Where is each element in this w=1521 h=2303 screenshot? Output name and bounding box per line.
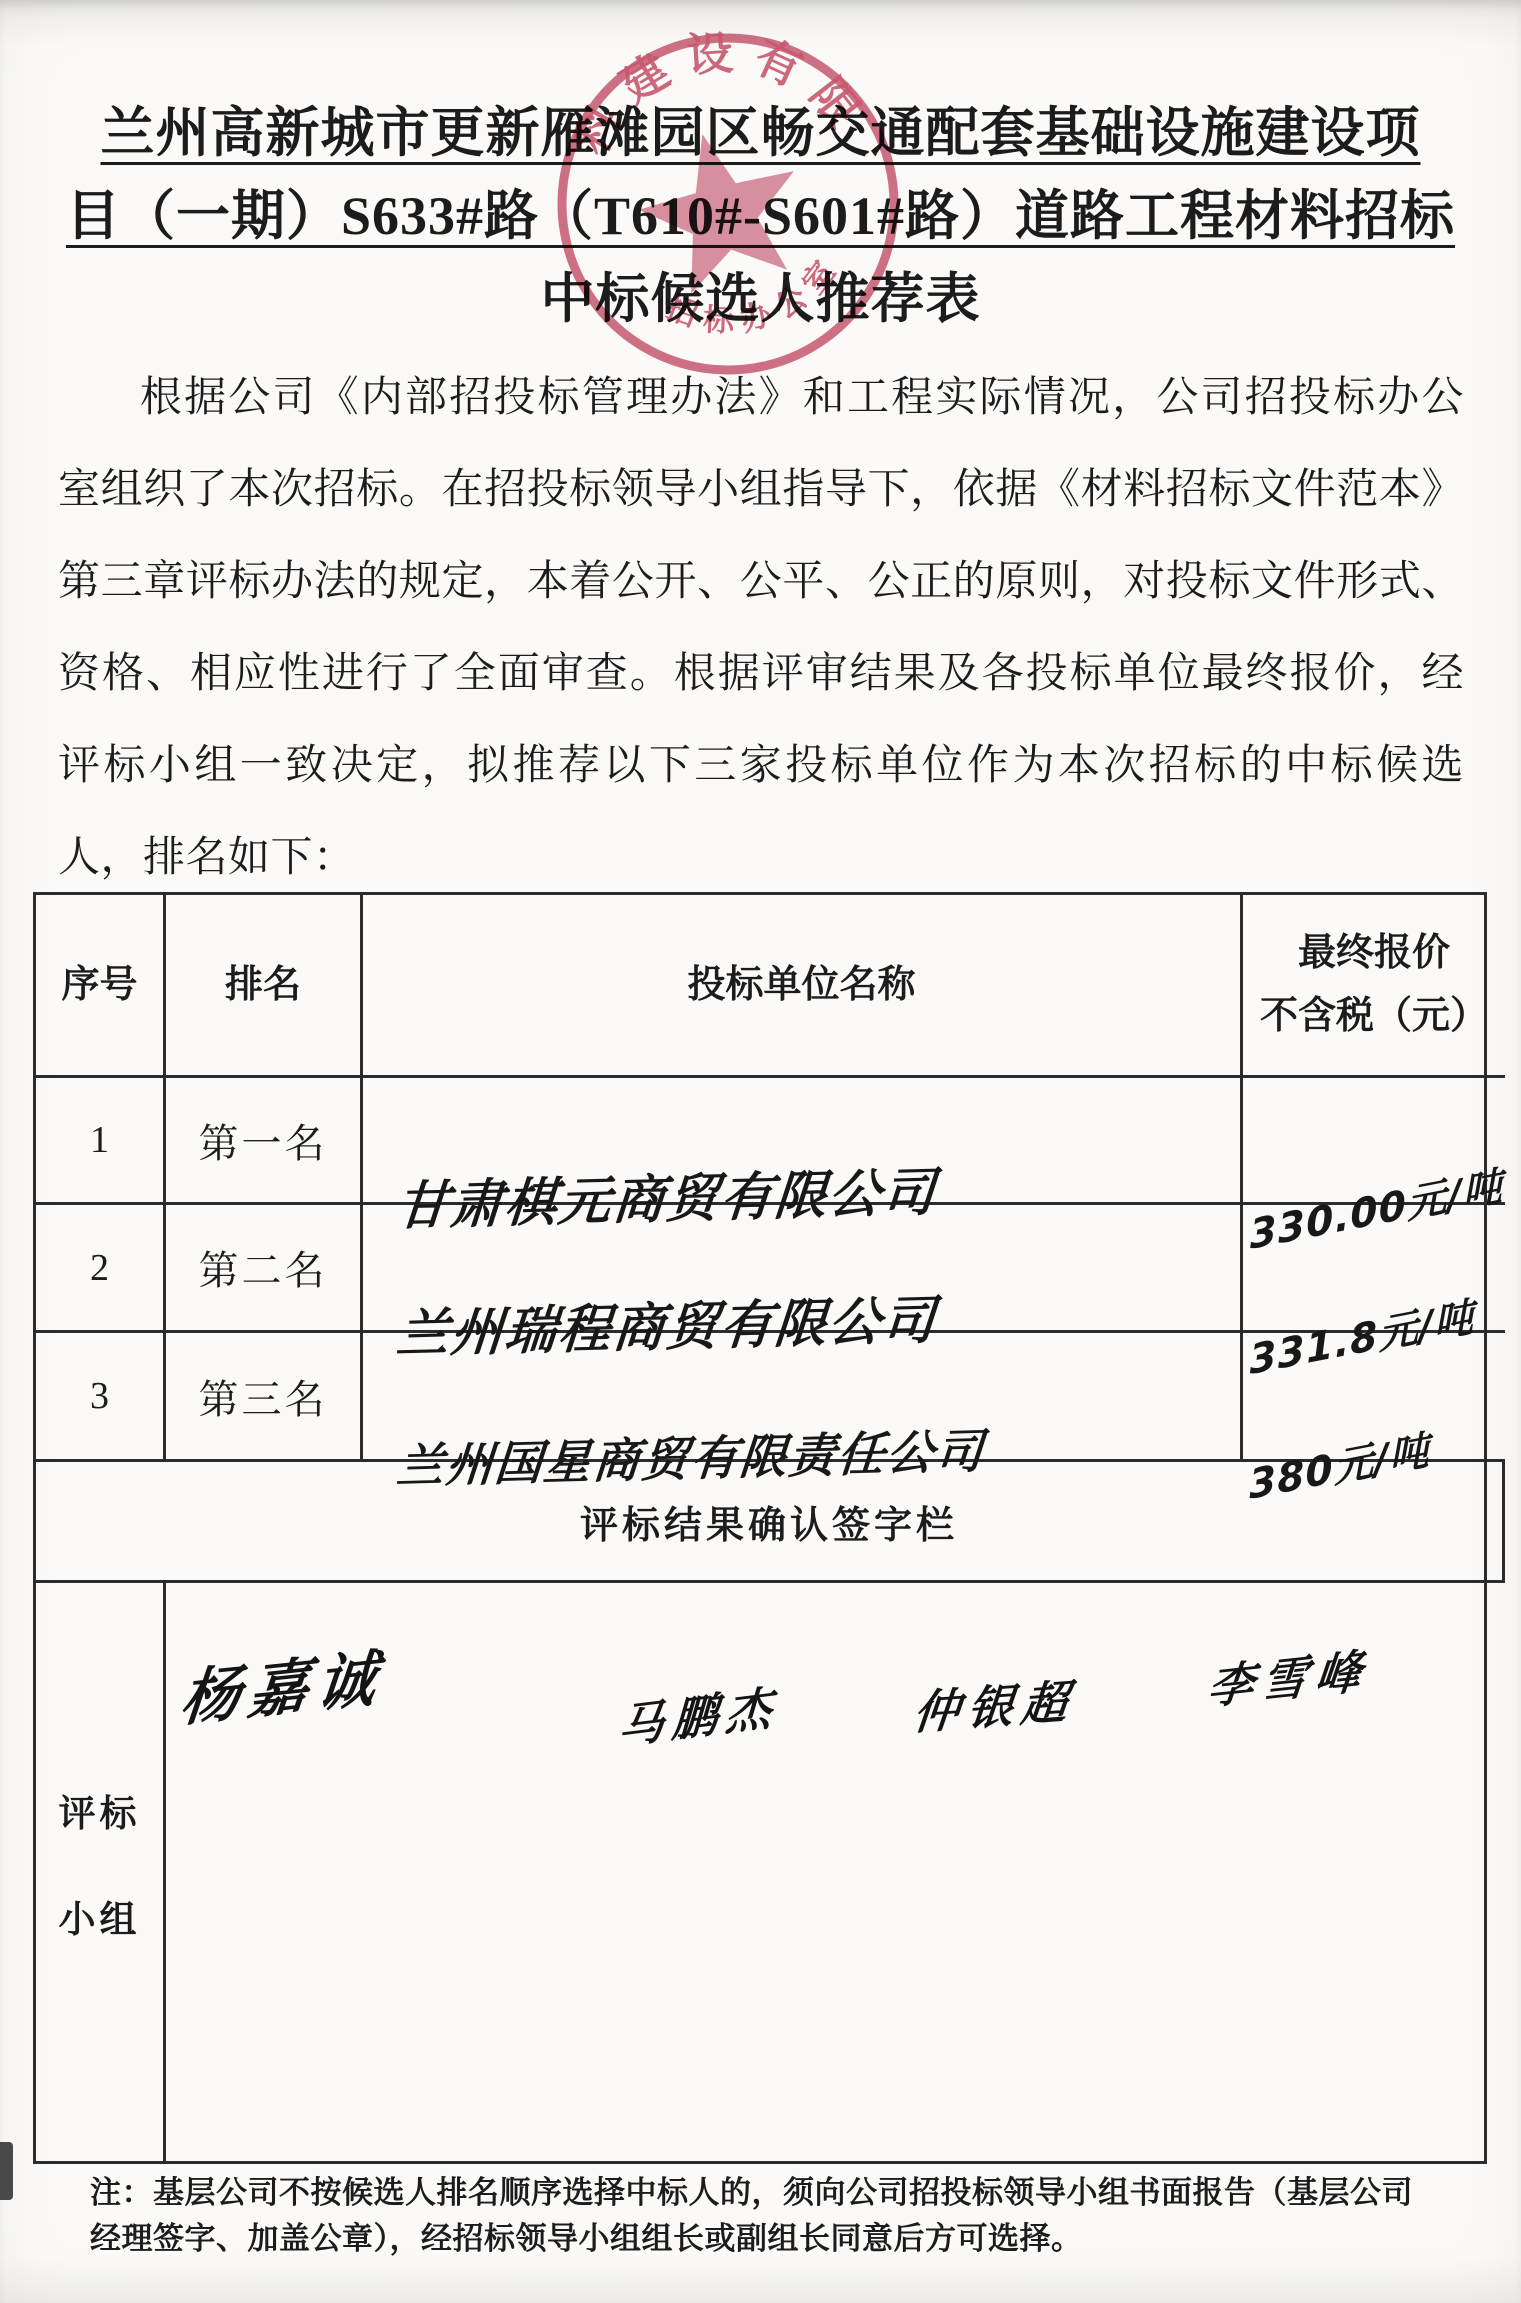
company-handwriting: 兰州瑞程商贸有限公司 bbox=[394, 1278, 940, 1367]
paragraph-line: 根据公司《内部招投标管理办法》和工程实际情况，公司招投标办公 bbox=[58, 352, 1464, 444]
paragraph-line: 第三章评标办法的规定，本着公开、公平、公正的原则，对投标文件形式、 bbox=[58, 536, 1464, 628]
title-line-1: 兰州高新城市更新雁滩园区畅交通配套基础设施建设项 bbox=[30, 92, 1491, 175]
table-row-1-company: 甘肃棋元商贸有限公司 bbox=[363, 1078, 1243, 1205]
document-title: 兰州高新城市更新雁滩园区畅交通配套基础设施建设项 目（一期）S633#路（T61… bbox=[30, 92, 1491, 341]
header-price-line-2: 不含税（元） bbox=[1260, 985, 1488, 1048]
footer-note: 注：基层公司不按候选人排名顺序选择中标人的，须向公司招投标领导小组书面报告（基层… bbox=[90, 2170, 1490, 2262]
signature-handwriting: 李雪峰 bbox=[1205, 1634, 1373, 1718]
paragraph-line: 资格、相应性进行了全面审查。根据评审结果及各投标单位最终报价，经 bbox=[58, 628, 1464, 720]
table-row-3-rank: 第三名 bbox=[166, 1333, 363, 1462]
table-row-1-rank: 第一名 bbox=[166, 1078, 363, 1205]
title-line-3: 中标候选人推荐表 bbox=[30, 258, 1491, 341]
confirm-row-label: 评标结果确认签字栏 bbox=[580, 1494, 958, 1549]
scan-edge-artifact bbox=[0, 2142, 13, 2200]
note-line-1: 注：基层公司不按候选人排名顺序选择中标人的，须向公司招投标领导小组书面报告（基层… bbox=[90, 2170, 1490, 2216]
paragraph-line: 人，排名如下： bbox=[58, 812, 1464, 904]
table-row-1-seq: 1 bbox=[36, 1078, 166, 1205]
table-row-1-price: 330.00元/吨 bbox=[1243, 1078, 1505, 1205]
header-bidder-name: 投标单位名称 bbox=[363, 895, 1243, 1078]
header-rank: 排名 bbox=[166, 895, 363, 1078]
header-final-price: 最终报价 不含税（元） bbox=[1243, 895, 1505, 1078]
header-seq: 序号 bbox=[36, 895, 166, 1078]
panel-label-line-1: 评标 bbox=[59, 1783, 141, 1837]
table-row-3-seq: 3 bbox=[36, 1333, 166, 1462]
note-line-2: 经理签字、加盖公章），经招标领导小组组长或副组长同意后方可选择。 bbox=[90, 2216, 1490, 2262]
signature-handwriting: 仲银超 bbox=[911, 1665, 1080, 1743]
signatures-cell: 杨嘉诚 马鹏杰 仲银超 李雪峰 bbox=[166, 1583, 1505, 2161]
header-price-line-1: 最终报价 bbox=[1260, 922, 1488, 985]
panel-label-line-2: 小组 bbox=[59, 1889, 141, 1943]
title-line-2: 目（一期）S633#路（T610#-S601#路）道路工程材料招标 bbox=[30, 175, 1491, 258]
body-paragraph: 根据公司《内部招投标管理办法》和工程实际情况，公司招投标办公 室组织了本次招标。… bbox=[58, 352, 1464, 904]
scanned-document-page: 兰州高新城市更新雁滩园区畅交通配套基础设施建设项 目（一期）S633#路（T61… bbox=[0, 0, 1521, 2303]
table-row-2-seq: 2 bbox=[36, 1205, 166, 1333]
paragraph-line: 室组织了本次招标。在招投标领导小组指导下，依据《材料招标文件范本》 bbox=[58, 444, 1464, 536]
paragraph-line: 评标小组一致决定，拟推荐以下三家投标单位作为本次招标的中标候选 bbox=[58, 720, 1464, 812]
company-handwriting: 甘肃棋元商贸有限公司 bbox=[394, 1150, 940, 1239]
candidates-table: 序号 排名 投标单位名称 最终报价 不含税（元） 1 第一名 甘肃棋元商贸有限公… bbox=[33, 892, 1487, 2164]
signature-handwriting: 马鹏杰 bbox=[617, 1671, 781, 1758]
table-row-2-rank: 第二名 bbox=[166, 1205, 363, 1333]
panel-label-cell: 评标 小组 bbox=[36, 1583, 166, 2161]
signature-handwriting: 杨嘉诚 bbox=[177, 1630, 389, 1739]
